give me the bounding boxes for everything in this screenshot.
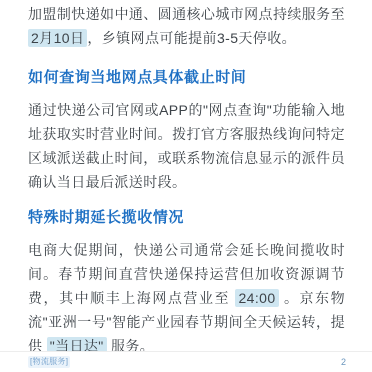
highlight-date: 2月10日: [28, 29, 87, 47]
section-heading-extended-pickup: 特殊时期延长揽收情况: [28, 207, 345, 229]
paragraph-query-methods: 通过快递公司官网或APP的"网点查询"功能输入地址获取实时营业时间。拨打官方客服…: [28, 98, 345, 194]
paragraph-service-dates: 加盟制快递如中通、圆通核心城市网点持续服务至 2月10日，乡镇网点可能提前3-5…: [28, 2, 345, 50]
section-heading-query-deadline: 如何查询当地网点具体截止时间: [28, 67, 345, 89]
footer-category-tag: [物流服务]: [28, 356, 70, 368]
highlight-time: 24:00: [235, 289, 278, 307]
page-footer: [物流服务] 2: [0, 351, 372, 372]
document-content: 加盟制快递如中通、圆通核心城市网点持续服务至 2月10日，乡镇网点可能提前3-5…: [0, 0, 372, 358]
text-segment: 加盟制快递如中通、圆通核心城市网点持续服务至: [28, 6, 345, 22]
page-number: 2: [341, 357, 346, 367]
paragraph-extended-pickup: 电商大促期间，快递公司通常会延长晚间揽收时间。春节期间直营快递保持运营但加收资源…: [28, 238, 345, 358]
text-segment: ，乡镇网点可能提前3-5天停收。: [87, 30, 296, 46]
document-page: 加盟制快递如中通、圆通核心城市网点持续服务至 2月10日，乡镇网点可能提前3-5…: [0, 0, 372, 372]
